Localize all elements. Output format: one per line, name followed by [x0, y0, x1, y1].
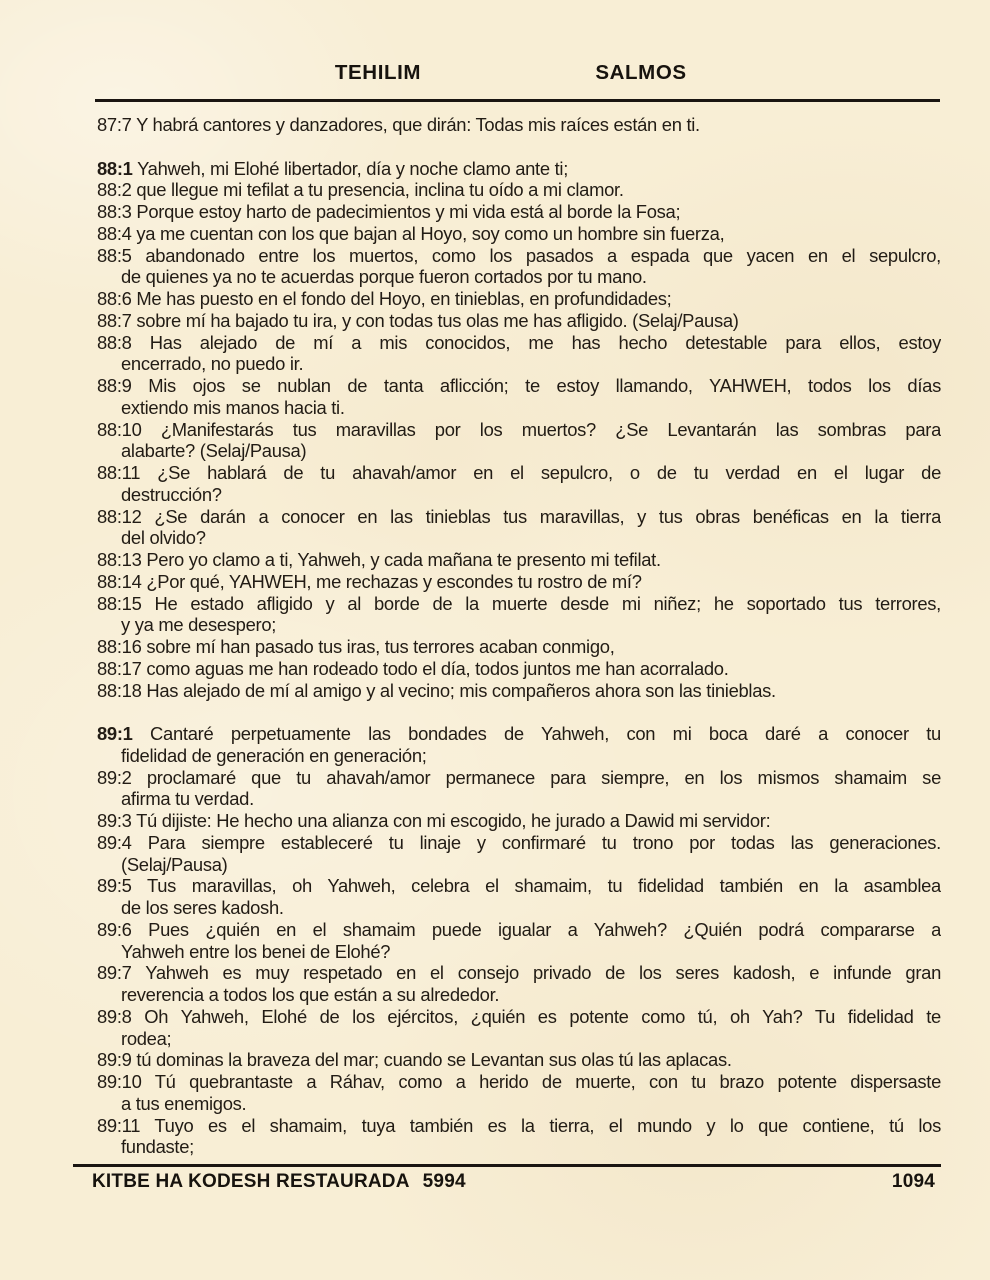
verse-first-line: 88:12 ¿Se darán a conocer en las tiniebl…	[97, 506, 941, 528]
verse-ref: 89:4	[97, 832, 132, 853]
verse-first-line: 89:9 tú dominas la braveza del mar; cuan…	[97, 1049, 941, 1071]
scanned-page: TEHILIM SALMOS 87:7 Y habrá cantores y d…	[0, 0, 990, 1280]
verse: 89:11 Tuyo es el shamaim, tuya también e…	[97, 1115, 941, 1159]
verse: 88:17 como aguas me han rodeado todo el …	[97, 658, 941, 680]
verse-ref: 89:2	[97, 767, 132, 788]
verse: 89:3 Tú dijiste: He hecho una alianza co…	[97, 810, 941, 832]
verse-ref: 88:10	[97, 419, 142, 440]
verse-ref: 88:1	[97, 158, 133, 179]
page-header-hebrew-title: TEHILIM	[335, 60, 421, 85]
verse-first-line: 87:7 Y habrá cantores y danzadores, que …	[97, 114, 941, 136]
verse: 89:7 Yahweh es muy respetado en el conse…	[97, 962, 941, 1006]
verse-continuation-line: del olvido?	[97, 527, 941, 549]
verse-first-line: 88:9 Mis ojos se nublan de tanta aflicci…	[97, 375, 941, 397]
verse: 88:4 ya me cuentan con los que bajan al …	[97, 223, 941, 245]
verse-first-line: 88:2 que llegue mi tefilat a tu presenci…	[97, 179, 941, 201]
verse: 88:9 Mis ojos se nublan de tanta aflicci…	[97, 375, 941, 419]
verse-continuation-line: destrucción?	[97, 484, 941, 506]
verse-continuation-line: (Selaj/Pausa)	[97, 854, 941, 876]
verse: 89:10 Tú quebrantaste a Ráhav, como a he…	[97, 1071, 941, 1115]
verse-first-line: 88:13 Pero yo clamo a ti, Yahweh, y cada…	[97, 549, 941, 571]
verse-continuation-line: y ya me desespero;	[97, 614, 941, 636]
verse-ref: 88:6	[97, 288, 132, 309]
verse-ref: 89:7	[97, 962, 132, 983]
verse-first-line: 89:5 Tus maravillas, oh Yahweh, celebra …	[97, 875, 941, 897]
verse-ref: 89:11	[97, 1115, 140, 1136]
verse-continuation-line: fundaste;	[97, 1136, 941, 1158]
verse: 88:2 que llegue mi tefilat a tu presenci…	[97, 179, 941, 201]
verse-ref: 88:15	[97, 593, 142, 614]
verse-first-line: 89:11 Tuyo es el shamaim, tuya también e…	[97, 1115, 941, 1137]
verse: 89:1 Cantaré perpetuamente las bondades …	[97, 723, 941, 767]
verse-continuation-line: afirma tu verdad.	[97, 788, 941, 810]
verse-list: 87:7 Y habrá cantores y danzadores, que …	[97, 114, 941, 1158]
verse-ref: 89:8	[97, 1006, 132, 1027]
verse: 89:6 Pues ¿quién en el shamaim puede igu…	[97, 919, 941, 963]
verse: 88:14 ¿Por qué, YAHWEH, me rechazas y es…	[97, 571, 941, 593]
verse-continuation-line: rodea;	[97, 1028, 941, 1050]
verse: 89:2 proclamaré que tu ahavah/amor perma…	[97, 767, 941, 811]
verse: 88:6 Me has puesto en el fondo del Hoyo,…	[97, 288, 941, 310]
verse-continuation-line: extiendo mis manos hacia ti.	[97, 397, 941, 419]
verse-ref: 89:10	[97, 1071, 142, 1092]
verse: 88:16 sobre mí han pasado tus iras, tus …	[97, 636, 941, 658]
verse-first-line: 88:10 ¿Manifestarás tus maravillas por l…	[97, 419, 941, 441]
verse-first-line: 88:16 sobre mí han pasado tus iras, tus …	[97, 636, 941, 658]
verse-ref: 88:9	[97, 375, 132, 396]
verse-first-line: 88:1 Yahweh, mi Elohé libertador, día y …	[97, 158, 941, 180]
verse-ref: 89:1	[97, 723, 133, 744]
footer-edition-title: KITBE HA KODESH RESTAURADA	[92, 1171, 410, 1193]
footer-edition-year: 5994	[423, 1171, 466, 1193]
footer-divider-rule	[73, 1164, 941, 1167]
footer-edition: KITBE HA KODESH RESTAURADA 5994	[92, 1171, 466, 1193]
verse-ref: 88:4	[97, 223, 132, 244]
verse-ref: 89:9	[97, 1049, 132, 1070]
verse-ref: 88:12	[97, 506, 142, 527]
verse: 88:5 abandonado entre los muertos, como …	[97, 245, 941, 289]
verse: 88:1 Yahweh, mi Elohé libertador, día y …	[97, 158, 941, 180]
verse: 89:5 Tus maravillas, oh Yahweh, celebra …	[97, 875, 941, 919]
verse-first-line: 89:8 Oh Yahweh, Elohé de los ejércitos, …	[97, 1006, 941, 1028]
verse: 88:8 Has alejado de mí a mis conocidos, …	[97, 332, 941, 376]
verse-ref: 88:5	[97, 245, 132, 266]
verse-first-line: 88:7 sobre mí ha bajado tu ira, y con to…	[97, 310, 941, 332]
verse-ref: 88:17	[97, 658, 142, 679]
verse: 88:3 Porque estoy harto de padecimientos…	[97, 201, 941, 223]
verse-ref: 88:2	[97, 179, 132, 200]
verse-continuation-line: de los seres kadosh.	[97, 897, 941, 919]
verse: 88:11 ¿Se hablará de tu ahavah/amor en e…	[97, 462, 941, 506]
verse-continuation-line: encerrado, no puedo ir.	[97, 353, 941, 375]
verse-first-line: 88:18 Has alejado de mí al amigo y al ve…	[97, 680, 941, 702]
verse-ref: 89:5	[97, 875, 132, 896]
verse: 87:7 Y habrá cantores y danzadores, que …	[97, 114, 941, 136]
verse-continuation-line: fidelidad de generación en generación;	[97, 745, 941, 767]
verse-ref: 88:14	[97, 571, 142, 592]
footer-page-number: 1094	[892, 1171, 935, 1193]
verse: 89:8 Oh Yahweh, Elohé de los ejércitos, …	[97, 1006, 941, 1050]
verse-ref: 88:8	[97, 332, 132, 353]
verse-continuation-line: reverencia a todos los que están a su al…	[97, 984, 941, 1006]
verse-ref: 88:11	[97, 462, 140, 483]
verse-ref: 89:3	[97, 810, 132, 831]
verse-ref: 88:13	[97, 549, 142, 570]
verse: 88:13 Pero yo clamo a ti, Yahweh, y cada…	[97, 549, 941, 571]
verse-ref: 88:7	[97, 310, 132, 331]
verse-first-line: 88:3 Porque estoy harto de padecimientos…	[97, 201, 941, 223]
verse-continuation-line: Yahweh entre los benei de Elohé?	[97, 941, 941, 963]
verse-ref: 88:16	[97, 636, 142, 657]
verse-ref: 89:6	[97, 919, 132, 940]
verse-first-line: 88:5 abandonado entre los muertos, como …	[97, 245, 941, 267]
verse-first-line: 88:14 ¿Por qué, YAHWEH, me rechazas y es…	[97, 571, 941, 593]
verse-ref: 88:3	[97, 201, 132, 222]
verse-first-line: 89:6 Pues ¿quién en el shamaim puede igu…	[97, 919, 941, 941]
verse-continuation-line: a tus enemigos.	[97, 1093, 941, 1115]
verse-first-line: 88:6 Me has puesto en el fondo del Hoyo,…	[97, 288, 941, 310]
verse: 88:7 sobre mí ha bajado tu ira, y con to…	[97, 310, 941, 332]
verse-first-line: 88:11 ¿Se hablará de tu ahavah/amor en e…	[97, 462, 941, 484]
page-header-spanish-title: SALMOS	[595, 60, 686, 85]
verse: 88:18 Has alejado de mí al amigo y al ve…	[97, 680, 941, 702]
verse: 88:12 ¿Se darán a conocer en las tiniebl…	[97, 506, 941, 550]
verse-first-line: 89:2 proclamaré que tu ahavah/amor perma…	[97, 767, 941, 789]
verse-continuation-line: de quienes ya no te acuerdas porque fuer…	[97, 266, 941, 288]
verse-first-line: 89:7 Yahweh es muy respetado en el conse…	[97, 962, 941, 984]
verse-ref: 87:7	[97, 114, 132, 135]
verse-ref: 88:18	[97, 680, 142, 701]
verse-continuation-line: alabarte? (Selaj/Pausa)	[97, 440, 941, 462]
verse: 88:10 ¿Manifestarás tus maravillas por l…	[97, 419, 941, 463]
verse-first-line: 89:10 Tú quebrantaste a Ráhav, como a he…	[97, 1071, 941, 1093]
verse: 88:15 He estado afligido y al borde de l…	[97, 593, 941, 637]
header-divider-rule	[95, 99, 940, 102]
verse-first-line: 88:17 como aguas me han rodeado todo el …	[97, 658, 941, 680]
page-footer: KITBE HA KODESH RESTAURADA 5994 1094	[92, 1171, 935, 1193]
verse: 89:4 Para siempre estableceré tu linaje …	[97, 832, 941, 876]
verse: 89:9 tú dominas la braveza del mar; cuan…	[97, 1049, 941, 1071]
verse-first-line: 89:3 Tú dijiste: He hecho una alianza co…	[97, 810, 941, 832]
verse-first-line: 88:15 He estado afligido y al borde de l…	[97, 593, 941, 615]
verse-first-line: 88:4 ya me cuentan con los que bajan al …	[97, 223, 941, 245]
verse-first-line: 89:4 Para siempre estableceré tu linaje …	[97, 832, 941, 854]
verse-first-line: 88:8 Has alejado de mí a mis conocidos, …	[97, 332, 941, 354]
verse-first-line: 89:1 Cantaré perpetuamente las bondades …	[97, 723, 941, 745]
